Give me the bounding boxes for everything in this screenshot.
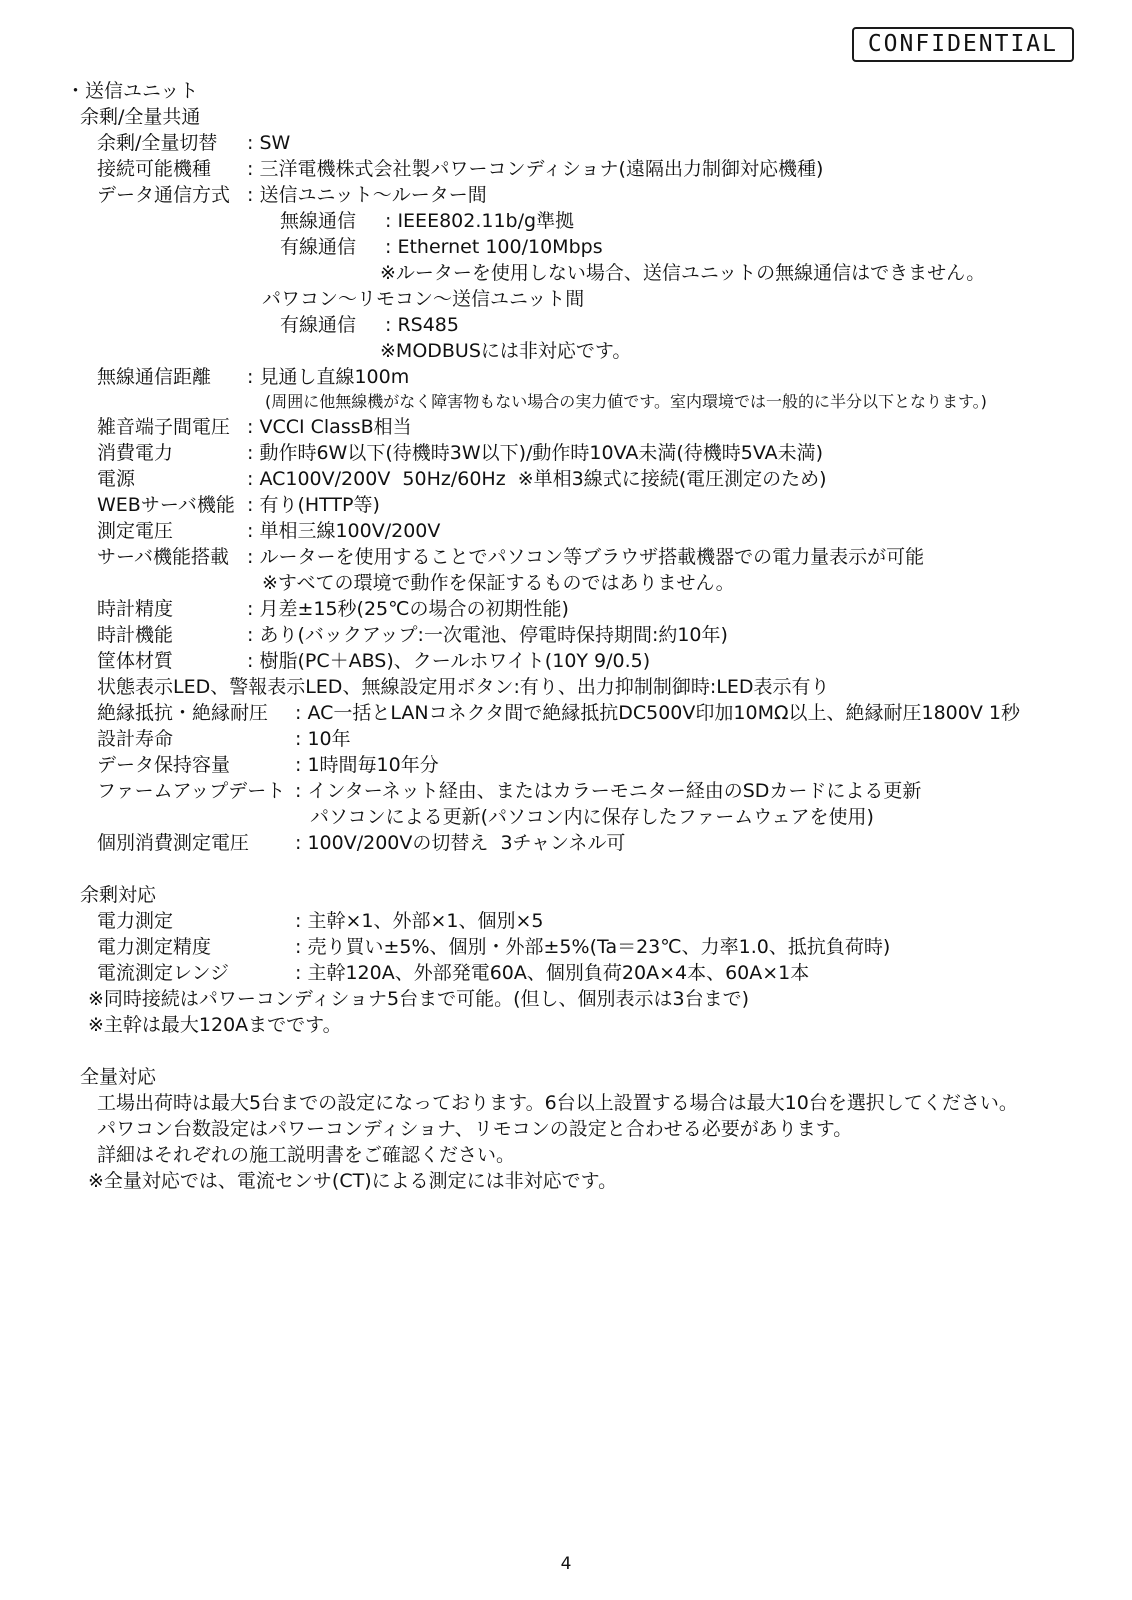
spec-line: 余剰対応 <box>0 882 1132 908</box>
spec-line: 有線通信: Ethernet 100/10Mbps <box>0 234 1132 260</box>
spec-line: データ通信方式: 送信ユニット～ルーター間 <box>0 182 1132 208</box>
spec-value: AC100V/200V 50Hz/60Hz ※単相3線式に接続(電圧測定のため) <box>259 466 826 492</box>
spec-label: 個別消費測定電圧 <box>97 830 295 856</box>
spec-line: ※同時接続はパワーコンディショナ5台まで可能。(但し、個別表示は3台まで) <box>0 986 1132 1012</box>
spec-value: VCCI ClassB相当 <box>259 414 411 440</box>
spec-label: 絶縁抵抗・絶縁耐圧 <box>97 700 295 726</box>
spec-line: 状態表示LED、警報表示LED、無線設定用ボタン:有り、出力抑制制御時:LED表… <box>0 674 1132 700</box>
spec-separator: : <box>295 934 307 960</box>
spec-line: 有線通信: RS485 <box>0 312 1132 338</box>
spec-separator: : <box>247 182 259 208</box>
spec-label: 接続可能機種 <box>97 156 247 182</box>
spec-separator: : <box>247 622 259 648</box>
spec-value: 月差±15秒(25℃の場合の初期性能) <box>259 596 568 622</box>
spec-value: AC一括とLANコネクタ間で絶縁抵抗DC500V印加10MΩ以上、絶縁耐圧180… <box>307 700 1020 726</box>
spec-label: 電流測定レンジ <box>97 960 295 986</box>
spec-separator: : <box>295 726 307 752</box>
spec-line: 全量対応 <box>0 1064 1132 1090</box>
spec-separator: : <box>385 234 397 260</box>
spec-label: データ保持容量 <box>97 752 295 778</box>
spec-line: データ保持容量: 1時間毎10年分 <box>0 752 1132 778</box>
spacer-line <box>0 856 1132 882</box>
document-page: CONFIDENTIAL ・送信ユニット余剰/全量共通余剰/全量切替: SW接続… <box>0 0 1132 1600</box>
spec-value: 見通し直線100m <box>259 364 409 390</box>
spec-line: ファームアップデート: インターネット経由、またはカラーモニター経由のSDカード… <box>0 778 1132 804</box>
spec-line: 無線通信距離: 見通し直線100m <box>0 364 1132 390</box>
spec-label: 有線通信 <box>280 312 385 338</box>
spec-label: 筐体材質 <box>97 648 247 674</box>
spec-separator: : <box>247 156 259 182</box>
spec-line: 消費電力: 動作時6W以下(待機時3W以下)/動作時10VA未満(待機時5VA未… <box>0 440 1132 466</box>
spec-value: ルーターを使用することでパソコン等ブラウザ搭載機器での電力量表示が可能 <box>259 544 924 570</box>
spec-label: 電力測定精度 <box>97 934 295 960</box>
spec-value: 1時間毎10年分 <box>307 752 438 778</box>
spec-separator: : <box>247 648 259 674</box>
spec-line: 設計寿命: 10年 <box>0 726 1132 752</box>
spec-label: 設計寿命 <box>97 726 295 752</box>
spec-line: パワコン台数設定はパワーコンディショナ、リモコンの設定と合わせる必要があります。 <box>0 1116 1132 1142</box>
spec-line: WEBサーバ機能: 有り(HTTP等) <box>0 492 1132 518</box>
spec-line: 筐体材質: 樹脂(PC＋ABS)、クールホワイト(10Y 9/0.5) <box>0 648 1132 674</box>
spec-line: 余剰/全量切替: SW <box>0 130 1132 156</box>
spec-label: 余剰/全量切替 <box>97 130 247 156</box>
spec-value: 売り買い±5%、個別・外部±5%(Ta＝23℃、力率1.0、抵抗負荷時) <box>307 934 890 960</box>
spacer-line <box>0 1038 1132 1064</box>
spec-value: インターネット経由、またはカラーモニター経由のSDカードによる更新 <box>307 778 921 804</box>
spec-line: 時計機能: あり(バックアップ:一次電池、停電時保持期間:約10年) <box>0 622 1132 648</box>
spec-separator: : <box>247 492 259 518</box>
spec-label: WEBサーバ機能 <box>97 492 247 518</box>
spec-line: 無線通信: IEEE802.11b/g準拠 <box>0 208 1132 234</box>
spec-value: 100V/200Vの切替え 3チャンネル可 <box>307 830 625 856</box>
spec-line: 時計精度: 月差±15秒(25℃の場合の初期性能) <box>0 596 1132 622</box>
spec-line: 電流測定レンジ: 主幹120A、外部発電60A、個別負荷20A×4本、60A×1… <box>0 960 1132 986</box>
spec-value: Ethernet 100/10Mbps <box>397 234 602 260</box>
spec-label: 無線通信 <box>280 208 385 234</box>
spec-value: SW <box>259 130 290 156</box>
spec-label: 無線通信距離 <box>97 364 247 390</box>
spec-separator: : <box>247 544 259 570</box>
spec-value: 動作時6W以下(待機時3W以下)/動作時10VA未満(待機時5VA未満) <box>259 440 823 466</box>
spec-value: 主幹×1、外部×1、個別×5 <box>307 908 543 934</box>
spec-value: 10年 <box>307 726 350 752</box>
spec-label: 時計精度 <box>97 596 247 622</box>
spec-label: データ通信方式 <box>97 182 247 208</box>
spec-value: 樹脂(PC＋ABS)、クールホワイト(10Y 9/0.5) <box>259 648 650 674</box>
spec-separator: : <box>295 752 307 778</box>
spec-separator: : <box>247 364 259 390</box>
spec-value: RS485 <box>397 312 459 338</box>
spec-line: サーバ機能搭載: ルーターを使用することでパソコン等ブラウザ搭載機器での電力量表… <box>0 544 1132 570</box>
spec-line: (周囲に他無線機がなく障害物もない場合の実力値です。室内環境では一般的に半分以下… <box>0 390 1132 414</box>
spec-line: 詳細はそれぞれの施工説明書をご確認ください。 <box>0 1142 1132 1168</box>
spec-separator: : <box>295 700 307 726</box>
spec-label: 電源 <box>97 466 247 492</box>
spec-label: 電力測定 <box>97 908 295 934</box>
spec-line: 測定電圧: 単相三線100V/200V <box>0 518 1132 544</box>
confidential-stamp: CONFIDENTIAL <box>852 27 1074 62</box>
spec-separator: : <box>295 960 307 986</box>
spec-separator: : <box>295 830 307 856</box>
spec-value: 三洋電機株式会社製パワーコンディショナ(遠隔出力制御対応機種) <box>259 156 823 182</box>
spec-separator: : <box>295 778 307 804</box>
spec-line: ※すべての環境で動作を保証するものではありません。 <box>0 570 1132 596</box>
spec-separator: : <box>247 596 259 622</box>
spec-value: IEEE802.11b/g準拠 <box>397 208 574 234</box>
spec-label: 時計機能 <box>97 622 247 648</box>
spec-separator: : <box>247 518 259 544</box>
spec-separator: : <box>247 440 259 466</box>
spec-lines: ・送信ユニット余剰/全量共通余剰/全量切替: SW接続可能機種: 三洋電機株式会… <box>0 78 1132 1194</box>
spec-line: ※主幹は最大120Aまでです。 <box>0 1012 1132 1038</box>
spec-line: 個別消費測定電圧: 100V/200Vの切替え 3チャンネル可 <box>0 830 1132 856</box>
spec-label: ファームアップデート <box>97 778 295 804</box>
spec-label: 雑音端子間電圧 <box>97 414 247 440</box>
spec-separator: : <box>247 414 259 440</box>
spec-value: 単相三線100V/200V <box>259 518 440 544</box>
spec-value: 主幹120A、外部発電60A、個別負荷20A×4本、60A×1本 <box>307 960 809 986</box>
spec-line: 絶縁抵抗・絶縁耐圧: AC一括とLANコネクタ間で絶縁抵抗DC500V印加10M… <box>0 700 1132 726</box>
spec-separator: : <box>247 466 259 492</box>
spec-label: 有線通信 <box>280 234 385 260</box>
spec-line: ※MODBUSには非対応です。 <box>0 338 1132 364</box>
spec-line: 接続可能機種: 三洋電機株式会社製パワーコンディショナ(遠隔出力制御対応機種) <box>0 156 1132 182</box>
spec-line: ※全量対応では、電流センサ(CT)による測定には非対応です。 <box>0 1168 1132 1194</box>
spec-label: サーバ機能搭載 <box>97 544 247 570</box>
spec-line: ※ルーターを使用しない場合、送信ユニットの無線通信はできません。 <box>0 260 1132 286</box>
spec-line: 雑音端子間電圧: VCCI ClassB相当 <box>0 414 1132 440</box>
spec-separator: : <box>295 908 307 934</box>
spec-line: 電力測定精度: 売り買い±5%、個別・外部±5%(Ta＝23℃、力率1.0、抵抗… <box>0 934 1132 960</box>
spec-separator: : <box>247 130 259 156</box>
spec-value: 有り(HTTP等) <box>259 492 379 518</box>
spec-separator: : <box>385 208 397 234</box>
spec-line: 電源: AC100V/200V 50Hz/60Hz ※単相3線式に接続(電圧測定… <box>0 466 1132 492</box>
spec-value: あり(バックアップ:一次電池、停電時保持期間:約10年) <box>259 622 727 648</box>
spec-value: 送信ユニット～ルーター間 <box>259 182 486 208</box>
spec-line: パワコン～リモコン～送信ユニット間 <box>0 286 1132 312</box>
spec-label: 消費電力 <box>97 440 247 466</box>
spec-label: 測定電圧 <box>97 518 247 544</box>
spec-line: ・送信ユニット <box>0 78 1132 104</box>
spec-separator: : <box>385 312 397 338</box>
spec-line: 電力測定: 主幹×1、外部×1、個別×5 <box>0 908 1132 934</box>
spec-line: パソコンによる更新(パソコン内に保存したファームウェアを使用) <box>0 804 1132 830</box>
page-number: 4 <box>0 1554 1132 1574</box>
spec-line: 工場出荷時は最大5台までの設定になっております。6台以上設置する場合は最大10台… <box>0 1090 1132 1116</box>
spec-line: 余剰/全量共通 <box>0 104 1132 130</box>
